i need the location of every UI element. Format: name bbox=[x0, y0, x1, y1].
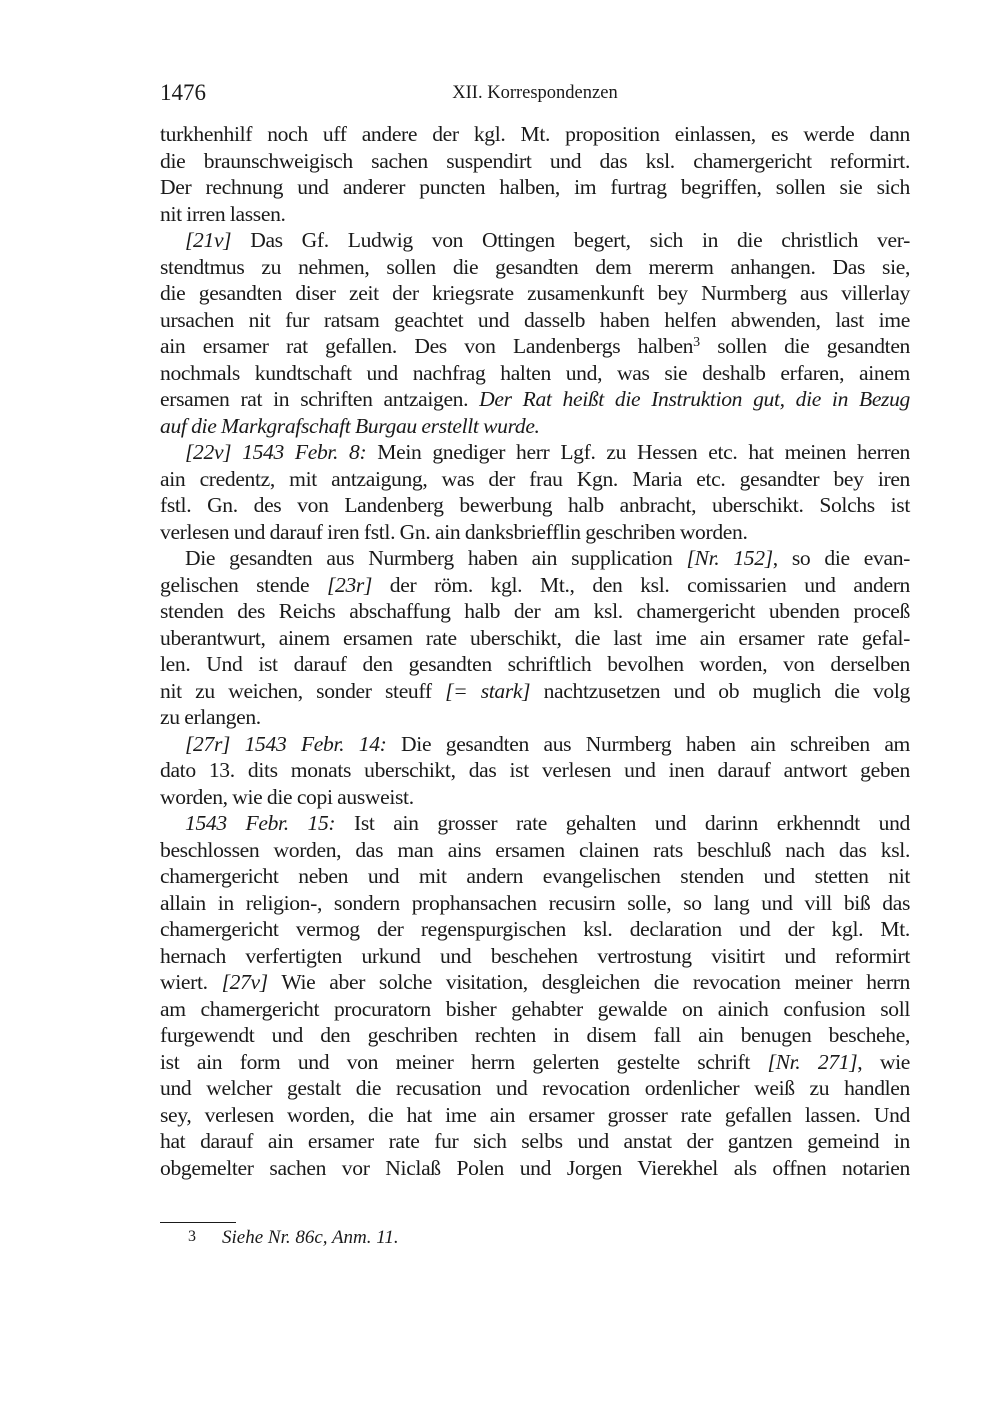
text-line: und welcher gestalt die recusation und r… bbox=[160, 1075, 910, 1102]
text-line: [21v] Das Gf. Ludwig von Ottingen begert… bbox=[160, 227, 910, 254]
text-run: hernach verfertigten urkund und beschehe… bbox=[160, 944, 910, 968]
italic-annotation: [22v] 1543 Febr. 8: bbox=[185, 440, 366, 464]
text-run: hat darauf ain ersamer rate fur sich sel… bbox=[160, 1129, 910, 1153]
text-run: stendtmus zu nehmen, sollen die gesandte… bbox=[160, 255, 910, 279]
text-run: Wie aber solche visitation, desgleichen … bbox=[268, 970, 910, 994]
text-run: , so die evan- bbox=[773, 546, 910, 570]
text-run: Mein gnediger herr Lgf. zu Hessen etc. h… bbox=[366, 440, 910, 464]
text-run: ain credentz, mit antzaigung, was der fr… bbox=[160, 467, 910, 491]
text-run: die gesandten diser zeit der kriegsrate … bbox=[160, 281, 910, 305]
text-line: nochmals kundtschaft und nachfrag halten… bbox=[160, 360, 910, 387]
text-line: Der rechnung und anderer puncten halben,… bbox=[160, 174, 910, 201]
text-run: sey, verlesen worden, die hat ime ain er… bbox=[160, 1103, 910, 1127]
text-run: fstl. Gn. des von Landenberg bewerbung h… bbox=[160, 493, 910, 517]
text-line: worden, wie die copi ausweist. bbox=[160, 784, 910, 811]
footnote-separator bbox=[160, 1222, 236, 1223]
text-line: dato 13. dits monats uberschikt, das ist… bbox=[160, 757, 910, 784]
text-run: dato 13. dits monats uberschikt, das ist… bbox=[160, 758, 910, 782]
text-run: obgemelter sachen vor Niclaß Polen und J… bbox=[160, 1156, 910, 1180]
text-run: turkhenhilf noch uff andere der kgl. Mt.… bbox=[160, 122, 910, 146]
text-line: auf die Markgrafschaft Burgau erstellt w… bbox=[160, 413, 910, 440]
text-run: gelischen stende bbox=[160, 573, 327, 597]
text-run: nachtzusetzen und ob muglich die volg bbox=[530, 679, 910, 703]
running-head-title: XII. Korrespondenzen bbox=[160, 83, 910, 104]
text-run: Der rechnung und anderer puncten halben,… bbox=[160, 175, 910, 199]
text-run: die braunschweigisch sachen suspendirt u… bbox=[160, 149, 910, 173]
italic-annotation: [= stark] bbox=[445, 679, 530, 703]
text-line: stendtmus zu nehmen, sollen die gesandte… bbox=[160, 254, 910, 281]
text-run: nochmals kundtschaft und nachfrag halten… bbox=[160, 361, 910, 385]
text-run: ist ain form und von meiner herrn gelert… bbox=[160, 1050, 768, 1074]
text-line: turkhenhilf noch uff andere der kgl. Mt.… bbox=[160, 121, 910, 148]
footnote-text: Siehe Nr. 86c, Anm. 11. bbox=[222, 1227, 399, 1248]
footnote: 3Siehe Nr. 86c, Anm. 11. bbox=[160, 1227, 399, 1249]
text-line: furgewendt und den geschriben rechten in… bbox=[160, 1022, 910, 1049]
text-run: beschlossen worden, das man ains ersamen… bbox=[160, 838, 910, 862]
text-run: chamergericht vermog der regenspurgische… bbox=[160, 917, 910, 941]
footnote-reference[interactable]: 3 bbox=[693, 335, 700, 350]
text-run: furgewendt und den geschriben rechten in… bbox=[160, 1023, 910, 1047]
text-line: fstl. Gn. des von Landenberg bewerbung h… bbox=[160, 492, 910, 519]
text-line: die braunschweigisch sachen suspendirt u… bbox=[160, 148, 910, 175]
text-line: nit zu weichen, sonder steuff [= stark] … bbox=[160, 678, 910, 705]
text-run: zu erlangen. bbox=[160, 705, 261, 729]
paragraph: Die gesandten aus Nurmberg haben ain sup… bbox=[160, 545, 910, 731]
paragraph: [22v] 1543 Febr. 8: Mein gnediger herr L… bbox=[160, 439, 910, 545]
text-line: hat darauf ain ersamer rate fur sich sel… bbox=[160, 1128, 910, 1155]
paragraph: [27r] 1543 Febr. 14: Die gesandten aus N… bbox=[160, 731, 910, 811]
text-run: nit zu weichen, sonder steuff bbox=[160, 679, 445, 703]
text-run: Ist ain grosser rate gehalten und darinn… bbox=[335, 811, 910, 835]
text-run: ersamen rat in schriften antzaigen. bbox=[160, 387, 479, 411]
text-line: beschlossen worden, das man ains ersamen… bbox=[160, 837, 910, 864]
text-line: die gesandten diser zeit der kriegsrate … bbox=[160, 280, 910, 307]
text-run: uberantwurt, ainem ersamen rate uberschi… bbox=[160, 626, 910, 650]
text-line: ersamen rat in schriften antzaigen. Der … bbox=[160, 386, 910, 413]
italic-annotation: auf die Markgrafschaft Burgau erstellt w… bbox=[160, 414, 540, 438]
text-line: stenden des Reichs abschaffung halb der … bbox=[160, 598, 910, 625]
text-run: worden, wie die copi ausweist. bbox=[160, 785, 414, 809]
italic-annotation: Der Rat heißt die Instruktion gut, die i… bbox=[479, 387, 910, 411]
italic-annotation: [27r] 1543 Febr. 14: bbox=[185, 732, 387, 756]
italic-annotation: [Nr. 271] bbox=[768, 1050, 858, 1074]
italic-annotation: [23r] bbox=[327, 573, 372, 597]
text-run: stenden des Reichs abschaffung halb der … bbox=[160, 599, 910, 623]
text-run: nit irren lassen. bbox=[160, 202, 286, 226]
text-run: wiert. bbox=[160, 970, 222, 994]
text-run: ursachen nit fur ratsam geachtet und das… bbox=[160, 308, 910, 332]
text-run: chamergericht neben und mit andern evang… bbox=[160, 864, 910, 888]
text-line: ain credentz, mit antzaigung, was der fr… bbox=[160, 466, 910, 493]
text-run: ain ersamer rat gefallen. Des von Landen… bbox=[160, 334, 693, 358]
text-line: chamergericht vermog der regenspurgische… bbox=[160, 916, 910, 943]
text-line: nit irren lassen. bbox=[160, 201, 910, 228]
text-run: Das Gf. Ludwig von Ottingen begert, sich… bbox=[231, 228, 910, 252]
body-text: turkhenhilf noch uff andere der kgl. Mt.… bbox=[160, 121, 910, 1181]
text-line: ain ersamer rat gefallen. Des von Landen… bbox=[160, 333, 910, 360]
text-line: Die gesandten aus Nurmberg haben ain sup… bbox=[160, 545, 910, 572]
text-run: sollen die gesandten bbox=[700, 334, 910, 358]
text-line: am chamergericht procuratorn bisher geha… bbox=[160, 996, 910, 1023]
text-run: len. Und ist darauf den gesandten schrif… bbox=[160, 652, 910, 676]
text-line: sey, verlesen worden, die hat ime ain er… bbox=[160, 1102, 910, 1129]
text-line: [27r] 1543 Febr. 14: Die gesandten aus N… bbox=[160, 731, 910, 758]
italic-annotation: [21v] bbox=[185, 228, 231, 252]
text-run: am chamergericht procuratorn bisher geha… bbox=[160, 997, 910, 1021]
text-line: allain in religion-, sondern prophansach… bbox=[160, 890, 910, 917]
text-line: wiert. [27v] Wie aber solche visitation,… bbox=[160, 969, 910, 996]
text-line: obgemelter sachen vor Niclaß Polen und J… bbox=[160, 1155, 910, 1182]
text-line: ist ain form und von meiner herrn gelert… bbox=[160, 1049, 910, 1076]
text-run: und welcher gestalt die recusation und r… bbox=[160, 1076, 910, 1100]
paragraph: [21v] Das Gf. Ludwig von Ottingen begert… bbox=[160, 227, 910, 439]
text-run: Die gesandten aus Nurmberg haben ain sch… bbox=[387, 732, 911, 756]
text-line: gelischen stende [23r] der röm. kgl. Mt.… bbox=[160, 572, 910, 599]
text-run: verlesen und darauf iren fstl. Gn. ain d… bbox=[160, 520, 748, 544]
footnotes: 3Siehe Nr. 86c, Anm. 11. bbox=[160, 1227, 399, 1249]
text-line: chamergericht neben und mit andern evang… bbox=[160, 863, 910, 890]
text-run: , wie bbox=[857, 1050, 910, 1074]
text-line: ursachen nit fur ratsam geachtet und das… bbox=[160, 307, 910, 334]
text-line: uberantwurt, ainem ersamen rate uberschi… bbox=[160, 625, 910, 652]
italic-annotation: [27v] bbox=[222, 970, 268, 994]
text-line: [22v] 1543 Febr. 8: Mein gnediger herr L… bbox=[160, 439, 910, 466]
text-line: verlesen und darauf iren fstl. Gn. ain d… bbox=[160, 519, 910, 546]
paragraph: turkhenhilf noch uff andere der kgl. Mt.… bbox=[160, 121, 910, 227]
italic-annotation: 1543 Febr. 15: bbox=[185, 811, 335, 835]
text-line: 1543 Febr. 15: Ist ain grosser rate geha… bbox=[160, 810, 910, 837]
text-run: allain in religion-, sondern prophansach… bbox=[160, 891, 910, 915]
paragraph: 1543 Febr. 15: Ist ain grosser rate geha… bbox=[160, 810, 910, 1181]
text-run: der röm. kgl. Mt., den ksl. comissarien … bbox=[372, 573, 910, 597]
text-run: Die gesandten aus Nurmberg haben ain sup… bbox=[185, 546, 686, 570]
text-line: len. Und ist darauf den gesandten schrif… bbox=[160, 651, 910, 678]
running-head: 1476 XII. Korrespondenzen bbox=[160, 80, 910, 108]
text-line: zu erlangen. bbox=[160, 704, 910, 731]
text-line: hernach verfertigten urkund und beschehe… bbox=[160, 943, 910, 970]
footnote-number: 3 bbox=[160, 1228, 222, 1246]
italic-annotation: [Nr. 152] bbox=[686, 546, 772, 570]
